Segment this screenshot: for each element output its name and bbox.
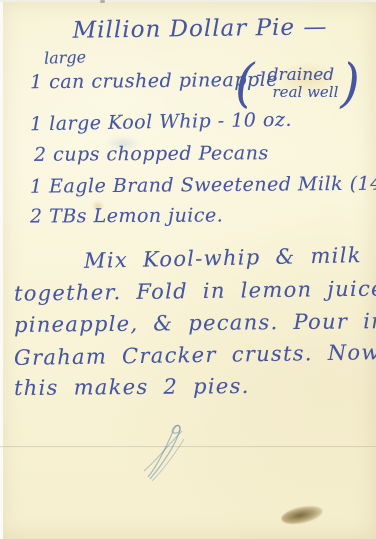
scan-edge-left [0,0,3,539]
open-paren: ( [235,54,255,113]
recipe-title: Million Dollar Pie — [12,13,376,44]
close-paren: ) [340,54,360,113]
scan-edge-top [0,0,376,2]
instruction-line: this makes 2 pies. [14,374,250,400]
ingredient-line-pecans: 2 cups chopped Pecans [34,142,269,166]
ingredient-line-lemon-juice: 2 TBs Lemon juice. [30,204,223,227]
ink-scribble [138,421,198,485]
ingredient-line-milk: 1 Eagle Brand Sweetened Milk (14 oz) [30,172,376,197]
size-annotation: large [44,47,87,67]
note-line-drained: - drained [257,65,339,85]
scan-speck [100,0,105,3]
note-line-real-well: real well [273,83,339,101]
recipe-card: Million Dollar Pie — large 1 can crushed… [0,0,376,539]
instruction-line: together. Fold in lemon juice, [14,276,376,305]
instruction-line: pineapple, & pecans. Pour in [14,309,376,337]
note-stack: - drained real well [257,65,339,101]
pineapple-note: ( - drained real well ) [235,55,360,111]
ingredient-line-kool-whip: 1 large Kool Whip - 10 oz. [30,109,292,136]
